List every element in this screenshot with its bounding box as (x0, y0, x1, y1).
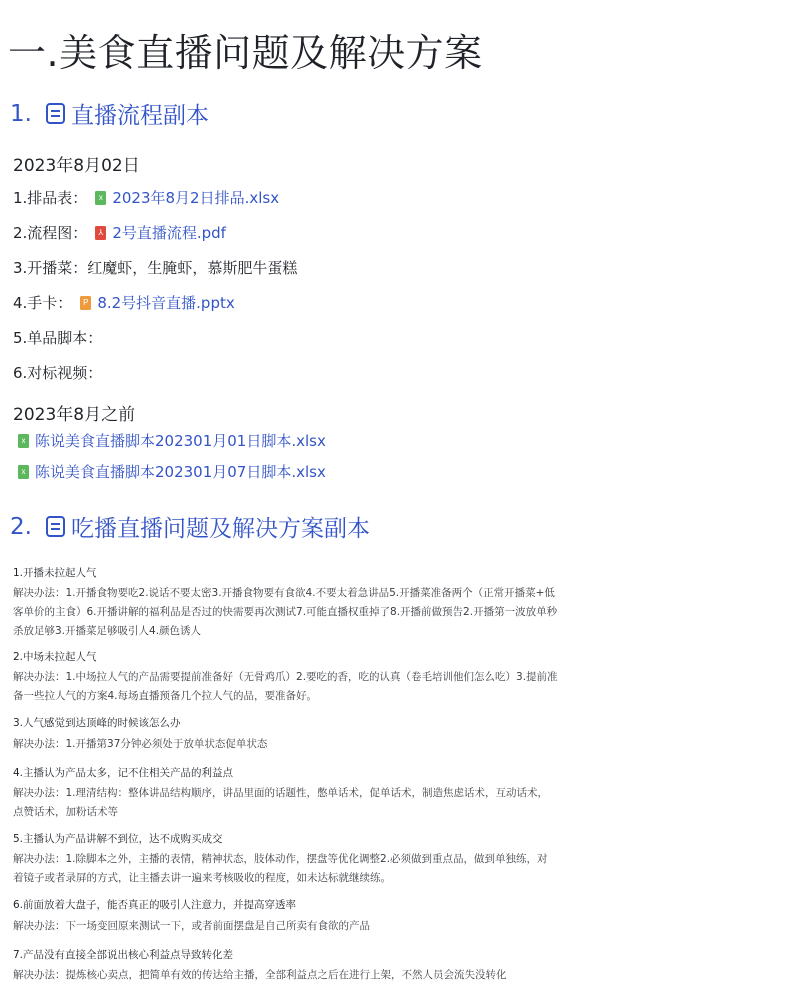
problem-solution: 解决办法：1.理清结构：整体讲品结构顺序，讲品里面的话题性，憋单话术，促单话术，… (13, 784, 558, 822)
problem-solution: 解决办法：1.中场拉人气的产品需要提前准备好（无骨鸡爪）2.要吃的香，吃的认真（… (13, 668, 558, 706)
list-item: 5.单品脚本： (13, 327, 102, 348)
file-list-item: x 陈说美食直播脚本202301月01日脚本.xlsx (18, 430, 326, 451)
section-number: 2. (10, 514, 32, 540)
pdf-file-icon: ⅄ (95, 226, 106, 240)
file-name[interactable]: 陈说美食直播脚本202301月07日脚本.xlsx (35, 461, 326, 482)
file-link-xlsx[interactable]: x 2023年8月2日排品.xlsx (95, 187, 279, 208)
page-title: 一.美食直播问题及解决方案 (8, 22, 483, 77)
problem-solution: 解决办法：1.除脚本之外，主播的表情，精神状态，肢体动作，摆盘等优化调整2.必须… (13, 850, 558, 888)
doc-icon (46, 516, 65, 537)
problem-solution: 解决办法：提炼核心卖点，把简单有效的传达给主播，全部利益点之后在进行上架，不然人… (13, 966, 558, 985)
section-title[interactable]: 吃播直播问题及解决方案副本 (71, 510, 370, 543)
problem-solution: 解决办法：1.开播食物要吃2.说话不要太密3.开播食物要有食欲4.不要太着急讲品… (13, 584, 558, 641)
item-label: 2.流程图： (13, 222, 87, 243)
list-item: 1.排品表： x 2023年8月2日排品.xlsx (13, 187, 279, 208)
ppt-file-icon: P (80, 296, 91, 310)
excel-file-icon: x (95, 191, 106, 205)
list-item: 4.手卡： P 8.2号抖音直播.pptx (13, 292, 235, 313)
excel-file-icon: x (18, 434, 29, 448)
doc-icon (46, 103, 65, 124)
date-heading: 2023年8月02日 (13, 151, 140, 176)
file-link-xlsx[interactable]: x 陈说美食直播脚本202301月07日脚本.xlsx (18, 461, 326, 482)
list-item: 6.对标视频： (13, 362, 102, 383)
list-item: 3.开播菜：红魔虾，生腌虾，慕斯肥牛蛋糕 (13, 257, 297, 278)
file-link-pdf[interactable]: ⅄ 2号直播流程.pdf (95, 222, 226, 243)
item-label: 5.单品脚本： (13, 327, 102, 348)
item-label: 3.开播菜：红魔虾，生腌虾，慕斯肥牛蛋糕 (13, 257, 297, 278)
problem-solution: 解决办法：1.开播第37分钟必须处于放单状态促单状态 (13, 735, 558, 754)
problem-title: 7.产品没有直接全部说出核心利益点导致转化差 (13, 947, 233, 962)
problem-title: 3.人气感觉到达顶峰的时候该怎么办 (13, 715, 181, 730)
file-name[interactable]: 2023年8月2日排品.xlsx (112, 187, 279, 208)
file-name[interactable]: 8.2号抖音直播.pptx (97, 292, 234, 313)
section-number: 1. (10, 101, 32, 127)
section-heading-1[interactable]: 1. 直播流程副本 (10, 97, 209, 130)
excel-file-icon: x (18, 465, 29, 479)
file-list-item: x 陈说美食直播脚本202301月07日脚本.xlsx (18, 461, 326, 482)
problem-title: 6.前面放着大盘子，能否真正的吸引人注意力，并提高穿透率 (13, 897, 296, 912)
problem-title: 4.主播认为产品太多，记不住相关产品的利益点 (13, 765, 233, 780)
file-link-pptx[interactable]: P 8.2号抖音直播.pptx (80, 292, 234, 313)
problem-title: 5.主播认为产品讲解不到位，达不成购买成交 (13, 831, 223, 846)
list-item: 2.流程图： ⅄ 2号直播流程.pdf (13, 222, 226, 243)
problem-title: 2.中场未拉起人气 (13, 649, 97, 664)
section-heading-2[interactable]: 2. 吃播直播问题及解决方案副本 (10, 510, 370, 543)
date-heading: 2023年8月之前 (13, 400, 135, 425)
section-title[interactable]: 直播流程副本 (71, 97, 209, 130)
problem-solution: 解决办法：下一场变回原来测试一下，或者前面摆盘是自己所卖有食欲的产品 (13, 917, 558, 936)
file-link-xlsx[interactable]: x 陈说美食直播脚本202301月01日脚本.xlsx (18, 430, 326, 451)
item-label: 6.对标视频： (13, 362, 102, 383)
problem-title: 1.开播未拉起人气 (13, 565, 97, 580)
item-label: 1.排品表： (13, 187, 87, 208)
file-name[interactable]: 陈说美食直播脚本202301月01日脚本.xlsx (35, 430, 326, 451)
file-name[interactable]: 2号直播流程.pdf (112, 222, 226, 243)
item-label: 4.手卡： (13, 292, 72, 313)
